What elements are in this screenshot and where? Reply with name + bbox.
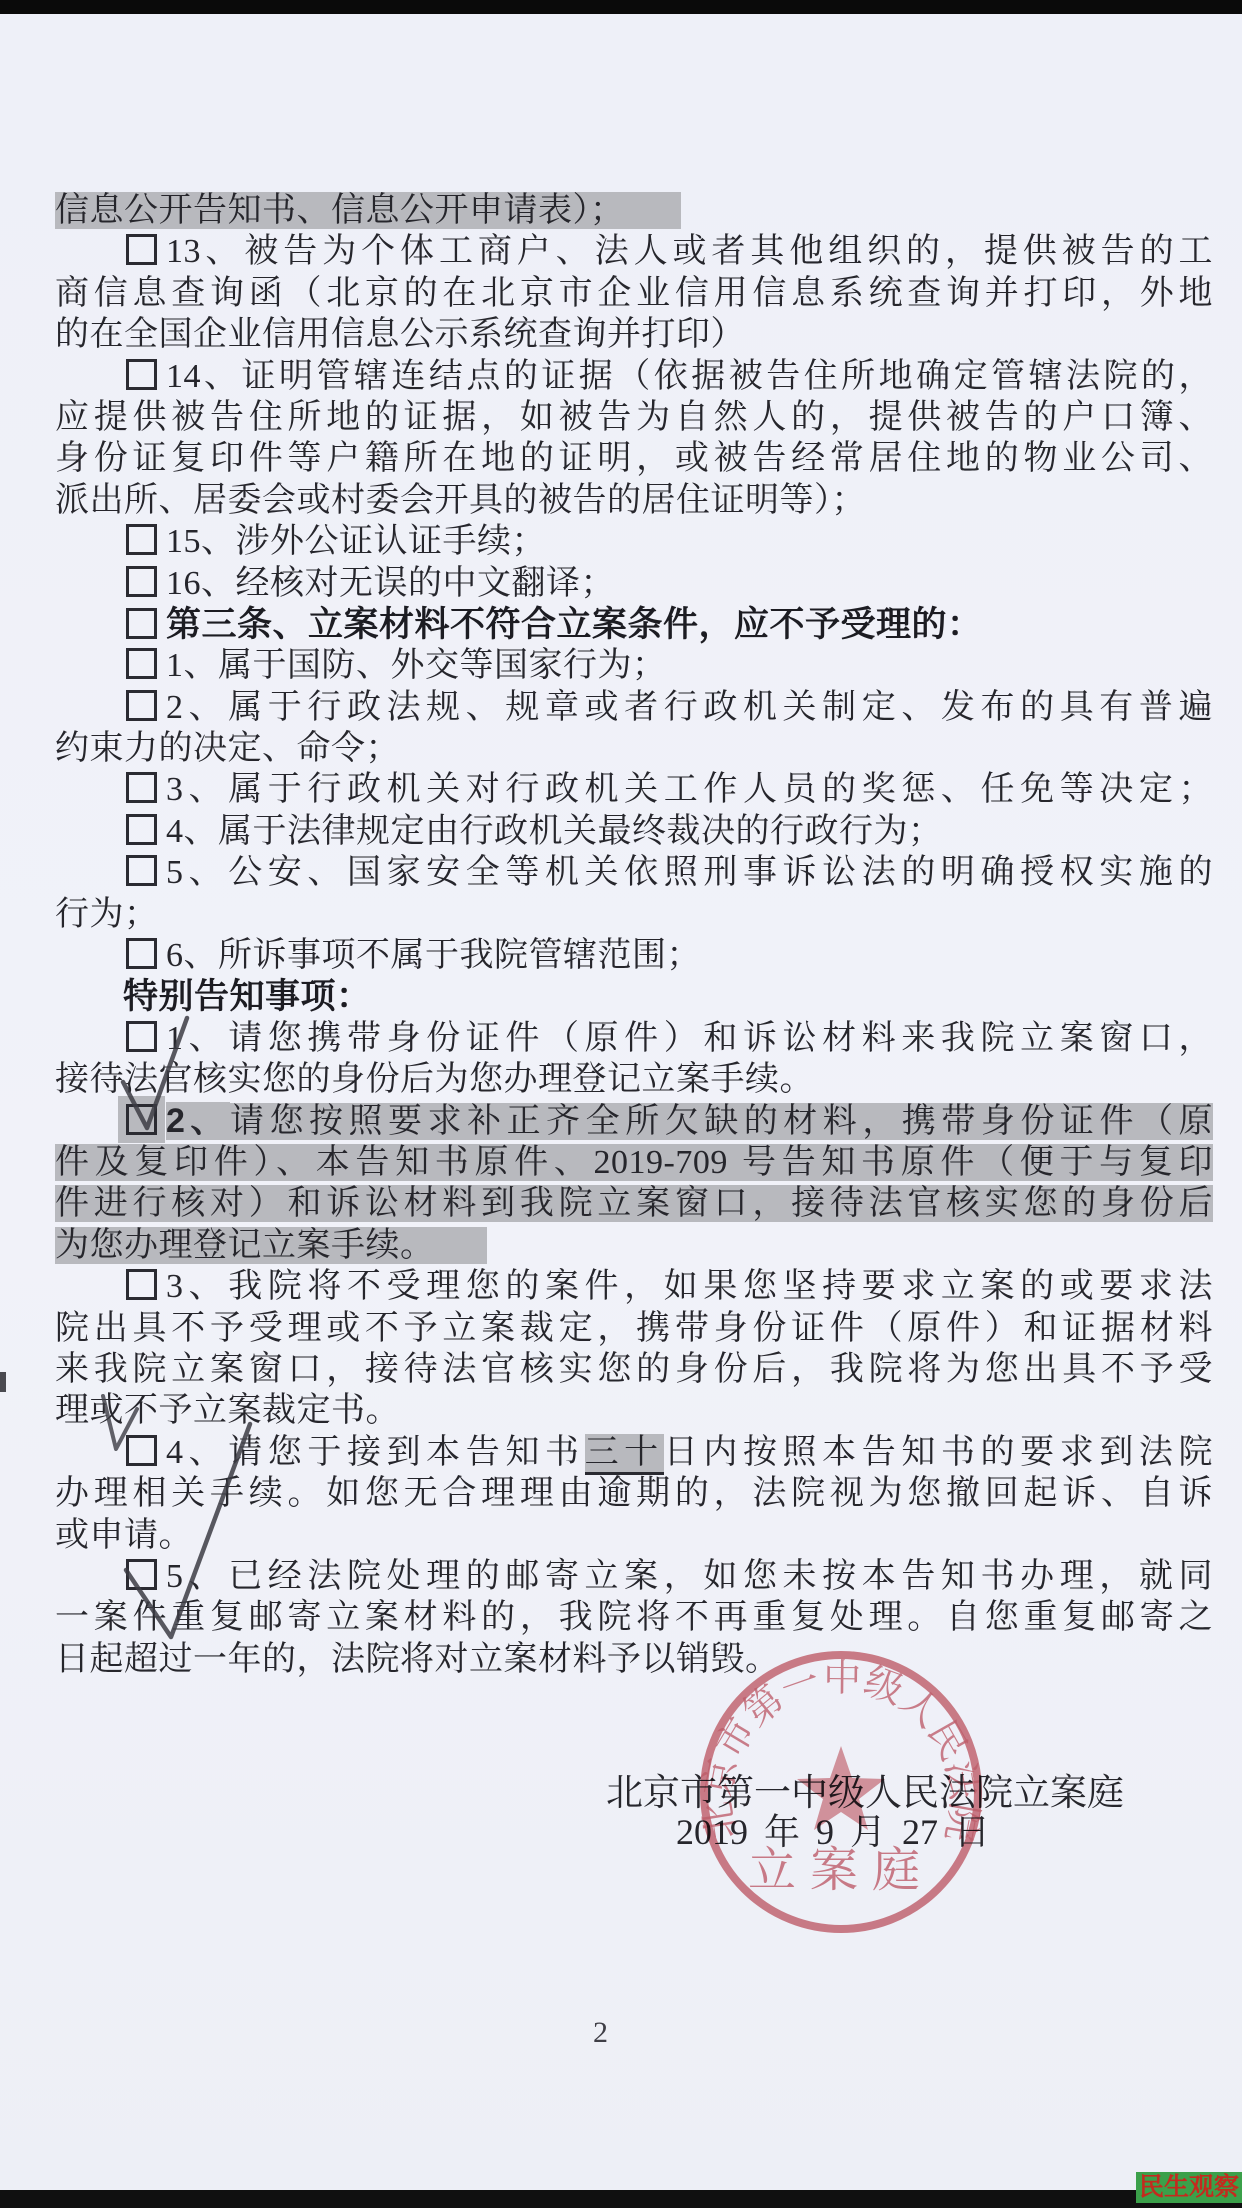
text-segment: 办理相关手续。如您无合理理由逾期的，法院视为您撤回起诉、自诉	[55, 1475, 1213, 1512]
text-segment: 3、属于行政机关对行政机关工作人员的奖惩、任免等决定；	[166, 771, 1213, 808]
checkbox-icon	[126, 772, 157, 803]
text-line: 件进行核对）和诉讼材料到我院立案窗口，接待法官核实您的身份后	[55, 1183, 1213, 1224]
text-line: 院出具不予受理或不予立案裁定，携带身份证件（原件）和证据材料	[55, 1308, 1213, 1349]
checkbox-icon	[126, 690, 157, 721]
text-line: 1、请您携带身份证件（原件）和诉讼材料来我院立案窗口，	[55, 1018, 1213, 1059]
seal-center-text: 立案庭	[748, 1844, 934, 1897]
text-segment: 的在全国企业信用信息公示系统查询并打印）	[55, 316, 745, 353]
text-segment: 2、	[166, 1102, 230, 1140]
text-segment: 行为；	[55, 896, 159, 933]
text-line: 信息公开告知书、信息公开申请表）；	[55, 190, 1213, 231]
scan-edge-bottom	[0, 2190, 1242, 2208]
text-line: 办理相关手续。如您无合理理由逾期的，法院视为您撤回起诉、自诉	[55, 1473, 1213, 1514]
page-number: 2	[593, 2016, 608, 2050]
text-segment: 为您办理登记立案手续。	[55, 1227, 487, 1264]
watermark-badge: 民生观察	[1136, 2172, 1242, 2203]
text-segment: 请您按照要求补正齐全所欠缺的材料，携带身份证件（原	[230, 1103, 1213, 1140]
text-segment: 件进行核对）和诉讼材料到我院立案窗口，接待法官核实您的身份后	[55, 1185, 1213, 1222]
scanned-document-page: 信息公开告知书、信息公开申请表）；13、被告为个体工商户、法人或者其他组织的，提…	[0, 0, 1242, 2208]
text-line: 特别告知事项：	[55, 976, 1213, 1017]
text-line: 3、我院将不受理您的案件，如果您坚持要求立案的或要求法	[55, 1266, 1213, 1307]
text-segment: 日起超过一年的，法院将对立案材料予以销毁。	[55, 1641, 780, 1678]
text-line: 约束力的决定、命令；	[55, 728, 1213, 769]
text-line: 商信息查询函（北京的在北京市企业信用信息系统查询并打印，外地	[55, 273, 1213, 314]
scan-speck	[0, 1372, 6, 1392]
text-line: 2、属于行政法规、规章或者行政机关制定、发布的具有普遍	[55, 687, 1213, 728]
checkbox-icon	[126, 648, 157, 679]
text-line: 15、涉外公证认证手续；	[55, 521, 1213, 562]
text-segment: 或申请。	[55, 1517, 193, 1554]
text-line: 5、已经法院处理的邮寄立案，如您未按本告知书办理，就同	[55, 1556, 1213, 1597]
checkbox-checked-icon	[126, 1104, 157, 1135]
text-line: 的在全国企业信用信息公示系统查询并打印）	[55, 314, 1213, 355]
text-segment: 身份证复印件等户籍所在地的证明，或被告经常居住地的物业公司、	[55, 440, 1213, 477]
text-segment: 派出所、居委会或村委会开具的被告的居住证明等）；	[55, 482, 866, 519]
text-line: 1、属于国防、外交等国家行为；	[55, 645, 1213, 686]
text-segment: 16、经核对无误的中文翻译；	[166, 565, 615, 602]
text-segment: 三十	[585, 1434, 664, 1475]
text-line: 5、公安、国家安全等机关依照刑事诉讼法的明确授权实施的	[55, 852, 1213, 893]
text-segment: 院出具不予受理或不予立案裁定，携带身份证件（原件）和证据材料	[55, 1310, 1213, 1347]
text-segment: 1、请您携带身份证件（原件）和诉讼材料来我院立案窗口，	[166, 1020, 1213, 1057]
document-body: 信息公开告知书、信息公开申请表）；13、被告为个体工商户、法人或者其他组织的，提…	[55, 190, 1213, 1680]
text-segment: 一案件重复邮寄立案材料的，我院将不再重复处理。自您重复邮寄之	[55, 1599, 1213, 1636]
text-line: 日起超过一年的，法院将对立案材料予以销毁。	[55, 1639, 1213, 1680]
text-line: 应提供被告住所地的证据，如被告为自然人的，提供被告的户口簿、	[55, 397, 1213, 438]
text-segment: 来我院立案窗口，接待法官核实您的身份后，我院将为您出具不予受	[55, 1351, 1213, 1388]
scan-edge-top	[0, 0, 1242, 14]
text-segment: 应提供被告住所地的证据，如被告为自然人的，提供被告的户口簿、	[55, 399, 1213, 436]
text-segment: 第三条、立案材料不符合立案条件，应不予受理的：	[166, 605, 983, 644]
text-segment: 接待法官核实您的身份后为您办理登记立案手续。	[55, 1061, 814, 1098]
text-segment: 理或不予立案裁定书。	[55, 1392, 400, 1429]
text-line: 16、经核对无误的中文翻译；	[55, 563, 1213, 604]
text-segment: 3、我院将不受理您的案件，如果您坚持要求立案的或要求法	[166, 1268, 1213, 1305]
court-seal-stamp: 北京市第一中级人民法院 立案庭	[695, 1646, 987, 1938]
text-segment: 信息公开告知书、信息公开申请表）；	[55, 192, 681, 229]
text-segment: 1、属于国防、外交等国家行为；	[166, 647, 667, 684]
text-segment: 特别告知事项：	[123, 977, 372, 1016]
text-segment: 5、已经法院处理的邮寄立案，如您未按本告知书办理，就同	[166, 1558, 1213, 1595]
text-segment: 6、所诉事项不属于我院管辖范围；	[166, 937, 701, 974]
checkbox-icon	[126, 608, 157, 639]
text-segment: 15、涉外公证认证手续；	[166, 523, 546, 560]
text-segment: 日内按照本告知书的要求到法院	[664, 1434, 1213, 1471]
text-line: 14、证明管辖连结点的证据（依据被告住所地确定管辖法院的，	[55, 356, 1213, 397]
text-segment: 4、请您于接到本告知书	[166, 1434, 585, 1471]
text-line: 2、请您按照要求补正齐全所欠缺的材料，携带身份证件（原	[55, 1101, 1213, 1142]
checkbox-icon	[126, 814, 157, 845]
text-line: 6、所诉事项不属于我院管辖范围；	[55, 935, 1213, 976]
text-segment: 14、证明管辖连结点的证据（依据被告住所地确定管辖法院的，	[166, 358, 1213, 395]
checkbox-icon	[126, 938, 157, 969]
text-line: 件及复印件）、本告知书原件、2019-709 号告知书原件（便于与复印	[55, 1142, 1213, 1183]
checkbox-icon	[126, 566, 157, 597]
checkbox-icon	[126, 524, 157, 555]
text-segment: 商信息查询函（北京的在北京市企业信用信息系统查询并打印，外地	[55, 275, 1213, 312]
text-line: 行为；	[55, 894, 1213, 935]
text-segment: 13、被告为个体工商户、法人或者其他组织的，提供被告的工	[166, 233, 1213, 270]
checkbox-icon	[126, 1559, 157, 1590]
text-line: 接待法官核实您的身份后为您办理登记立案手续。	[55, 1059, 1213, 1100]
checkbox-icon	[126, 359, 157, 390]
text-segment: 2、属于行政法规、规章或者行政机关制定、发布的具有普遍	[166, 689, 1213, 726]
checkbox-icon	[126, 1269, 157, 1300]
text-line: 4、请您于接到本告知书三十日内按照本告知书的要求到法院	[55, 1432, 1213, 1473]
text-segment: 5、公安、国家安全等机关依照刑事诉讼法的明确授权实施的	[166, 854, 1213, 891]
text-line: 为您办理登记立案手续。	[55, 1225, 1213, 1266]
text-line: 身份证复印件等户籍所在地的证明，或被告经常居住地的物业公司、	[55, 438, 1213, 479]
text-line: 一案件重复邮寄立案材料的，我院将不再重复处理。自您重复邮寄之	[55, 1597, 1213, 1638]
checkbox-icon	[126, 1021, 157, 1052]
text-line: 3、属于行政机关对行政机关工作人员的奖惩、任免等决定；	[55, 769, 1213, 810]
text-line: 或申请。	[55, 1515, 1213, 1556]
text-line: 13、被告为个体工商户、法人或者其他组织的，提供被告的工	[55, 231, 1213, 272]
checkbox-icon	[126, 855, 157, 886]
text-line: 理或不予立案裁定书。	[55, 1390, 1213, 1431]
text-line: 派出所、居委会或村委会开具的被告的居住证明等）；	[55, 480, 1213, 521]
checkbox-icon	[126, 1435, 157, 1466]
text-line: 4、属于法律规定由行政机关最终裁决的行政行为；	[55, 811, 1213, 852]
text-line: 第三条、立案材料不符合立案条件，应不予受理的：	[55, 604, 1213, 645]
text-segment: 约束力的决定、命令；	[55, 730, 400, 767]
text-segment: 件及复印件）、本告知书原件、2019-709 号告知书原件（便于与复印	[55, 1144, 1213, 1181]
text-line: 来我院立案窗口，接待法官核实您的身份后，我院将为您出具不予受	[55, 1349, 1213, 1390]
red-star-icon	[797, 1746, 885, 1830]
text-segment: 4、属于法律规定由行政机关最终裁决的行政行为；	[166, 813, 943, 850]
checkbox-icon	[126, 234, 157, 265]
